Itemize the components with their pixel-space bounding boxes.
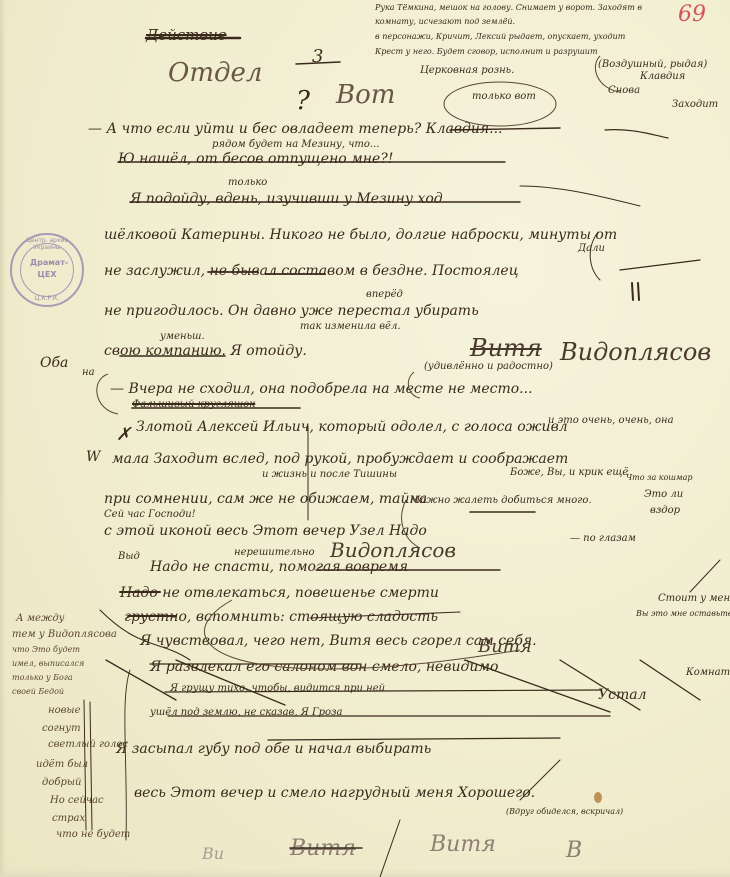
margin-mark: W	[86, 450, 100, 464]
body-line: не заслужил, не бывал составом в бездне.…	[104, 264, 518, 278]
margin-note-line: имел, выписался	[12, 660, 84, 668]
body-line: не пригодилось. Он давно уже перестал уб…	[104, 304, 479, 318]
body-line: Я развлекал его салоном вон смело, невид…	[150, 660, 498, 674]
circle-note: только вот	[472, 92, 536, 102]
speaker-tag-struck: Витя	[290, 838, 356, 860]
section-number: 3	[312, 48, 323, 66]
body-line: мала Заходит вслед, под рукой, пробуждае…	[112, 452, 568, 466]
margin-note-line: светлый голос	[48, 740, 128, 750]
struck-heading: Действие	[146, 28, 227, 43]
body-line: — Вчера не сходил, она подобрела на мест…	[110, 382, 533, 396]
body-line: Я подойду, вдень, изучивши у Мезину ход	[130, 192, 443, 206]
body-line: с этой иконой весь Этот вечер Узел Надо	[104, 524, 427, 538]
top-side-note-3: Заходит	[672, 100, 718, 110]
body-line-interlinear: рядом будет на Мезину, что...	[212, 140, 379, 150]
right-margin-note: — по глазам	[570, 534, 636, 544]
margin-tag-both: Оба	[40, 356, 68, 370]
right-margin-note: вздор	[650, 506, 680, 516]
top-note-line-5: Церковная рознь.	[420, 66, 514, 76]
stage-direction: (удивлённо и радостно)	[424, 362, 553, 372]
body-line-interlinear: так изменила вёл.	[300, 322, 401, 332]
ink-blot	[594, 792, 602, 803]
top-note-line-2: комнату, исчезают под землёй.	[375, 18, 515, 26]
paper-edge-bottom	[0, 869, 730, 877]
folio-number: 69	[678, 2, 706, 27]
right-margin-note: Стоит у меня	[658, 594, 730, 604]
body-line-interlinear: Можно жалеть добиться много.	[410, 496, 592, 506]
body-line-interlinear: Боже, Вы, и крик ещё	[510, 468, 628, 478]
body-line: весь Этот вечер и смело нагрудный меня Х…	[134, 786, 535, 800]
margin-note-line: страх	[52, 814, 85, 824]
stamp-bottom-text: Ц.К.Р.К.	[12, 295, 82, 302]
archive-stamp: Центр. архив Украины Драмат- ЦЕХ Ц.К.Р.К…	[10, 233, 84, 307]
question-mark: ?	[296, 88, 310, 114]
margin-note-line: согнут	[42, 724, 81, 734]
margin-mark: Выд	[118, 552, 140, 562]
body-line: ушёл под землю, не сказав, Я Гроза	[150, 708, 342, 718]
margin-note-line: новые	[48, 706, 81, 716]
body-line-interlinear: и жизнь и после Тишины	[262, 470, 397, 480]
speaker-tag: Видоплясов	[560, 340, 711, 364]
section-title: Отдел	[168, 60, 262, 86]
stamp-center-line-1: Драмат-	[30, 257, 64, 269]
body-line-interlinear: вперёд	[366, 290, 403, 300]
stamp-ring-text: Центр. архив Украины	[12, 237, 82, 251]
speaker-tag-struck: Витя	[470, 336, 542, 360]
margin-note-line: идёт был	[36, 760, 88, 770]
body-line: при сомнении, сам же не обижаем, тайна	[104, 492, 427, 506]
right-margin-note: Это ли	[644, 490, 683, 500]
body-line-interlinear: Сей час Господи!	[104, 510, 196, 520]
margin-note-line: своей Бедой	[12, 688, 64, 696]
margin-note-line: тем у Видоплясова	[12, 630, 117, 640]
top-note-line-4: Крест у него. Будет сговор, исполнит и р…	[375, 48, 598, 56]
body-line-interlinear: уменьш.	[160, 332, 205, 342]
stamp-center-line-2: ЦЕХ	[30, 269, 64, 281]
body-line: шёлковой Катерины. Никого не было, долги…	[104, 228, 617, 242]
margin-note-line: что Это будет	[12, 646, 80, 654]
stage-direction: (Вдруг обиделся, вскричал)	[506, 808, 623, 816]
stamp-center-text: Драмат- ЦЕХ	[30, 257, 64, 281]
body-line-interlinear: и это очень, очень, она	[548, 416, 674, 426]
body-line: Злотой Алексей Ильич, который одолел, с …	[136, 420, 568, 434]
speaker-tag-prefix: нерешительно	[234, 548, 315, 558]
right-margin-note: Вы это мне оставьте	[636, 610, 730, 618]
body-line: Надо не отвлекаться, повешенье смерти	[120, 586, 439, 600]
top-side-note-2: Снова	[608, 86, 640, 96]
margin-note-line: Но сейчас	[50, 796, 104, 806]
speaker-heading: Вот	[336, 82, 395, 108]
paper-edge-left	[0, 0, 6, 877]
margin-note-line: А между	[16, 614, 64, 624]
right-margin-note: Что за кошмар	[626, 474, 693, 482]
top-note-line-3: в персонажи, Кричит, Лексий рыдает, опус…	[375, 33, 625, 41]
body-line-interlinear: только	[228, 178, 267, 188]
speaker-tag: Видоплясов	[330, 540, 456, 560]
body-line: Надо не спасти, помогая вовремя	[150, 560, 408, 574]
speaker-tag: Витя	[430, 834, 496, 856]
top-note-line-1: Рука Тёмкина, мешок на голову. Снимает у…	[375, 4, 642, 12]
right-margin-note: Комната	[686, 668, 730, 678]
speaker-tag: В	[566, 840, 582, 862]
body-line-interlinear: Дали	[578, 244, 605, 254]
margin-note-line: только у Бога	[12, 674, 73, 682]
speaker-tag: Витя	[478, 638, 532, 656]
stage-direction: (Воздушный, рыдая)	[598, 60, 707, 70]
body-line: грустно, вспомнить: стоящую сладость	[124, 610, 438, 624]
body-line: Я засыпал губу под обе и начал выбирать	[116, 742, 431, 756]
top-side-note-1: Клавдия	[640, 72, 685, 82]
body-line: свою компанию. Я отойду.	[104, 344, 307, 358]
body-line: Ю нашёл, от бесов отпущено мне?!	[118, 152, 393, 166]
body-line-struck: Фальшивый кругляшок	[132, 400, 255, 410]
body-line: — А что если уйти и бес овладеет теперь?…	[88, 122, 503, 136]
margin-sub-tag: на	[82, 368, 95, 378]
manuscript-page: 69 Центр. архив Украины Драмат- ЦЕХ Ц.К.…	[0, 0, 730, 877]
speaker-tag-faint: Ви	[202, 846, 224, 862]
margin-cross-mark: ✗	[116, 426, 131, 444]
margin-note-line: что не будет	[56, 830, 130, 840]
margin-note-line: добрый	[42, 778, 81, 788]
right-margin-note: Устал	[598, 688, 647, 702]
body-line: Я грущу тихо, чтобы, видится при ней	[170, 684, 385, 694]
